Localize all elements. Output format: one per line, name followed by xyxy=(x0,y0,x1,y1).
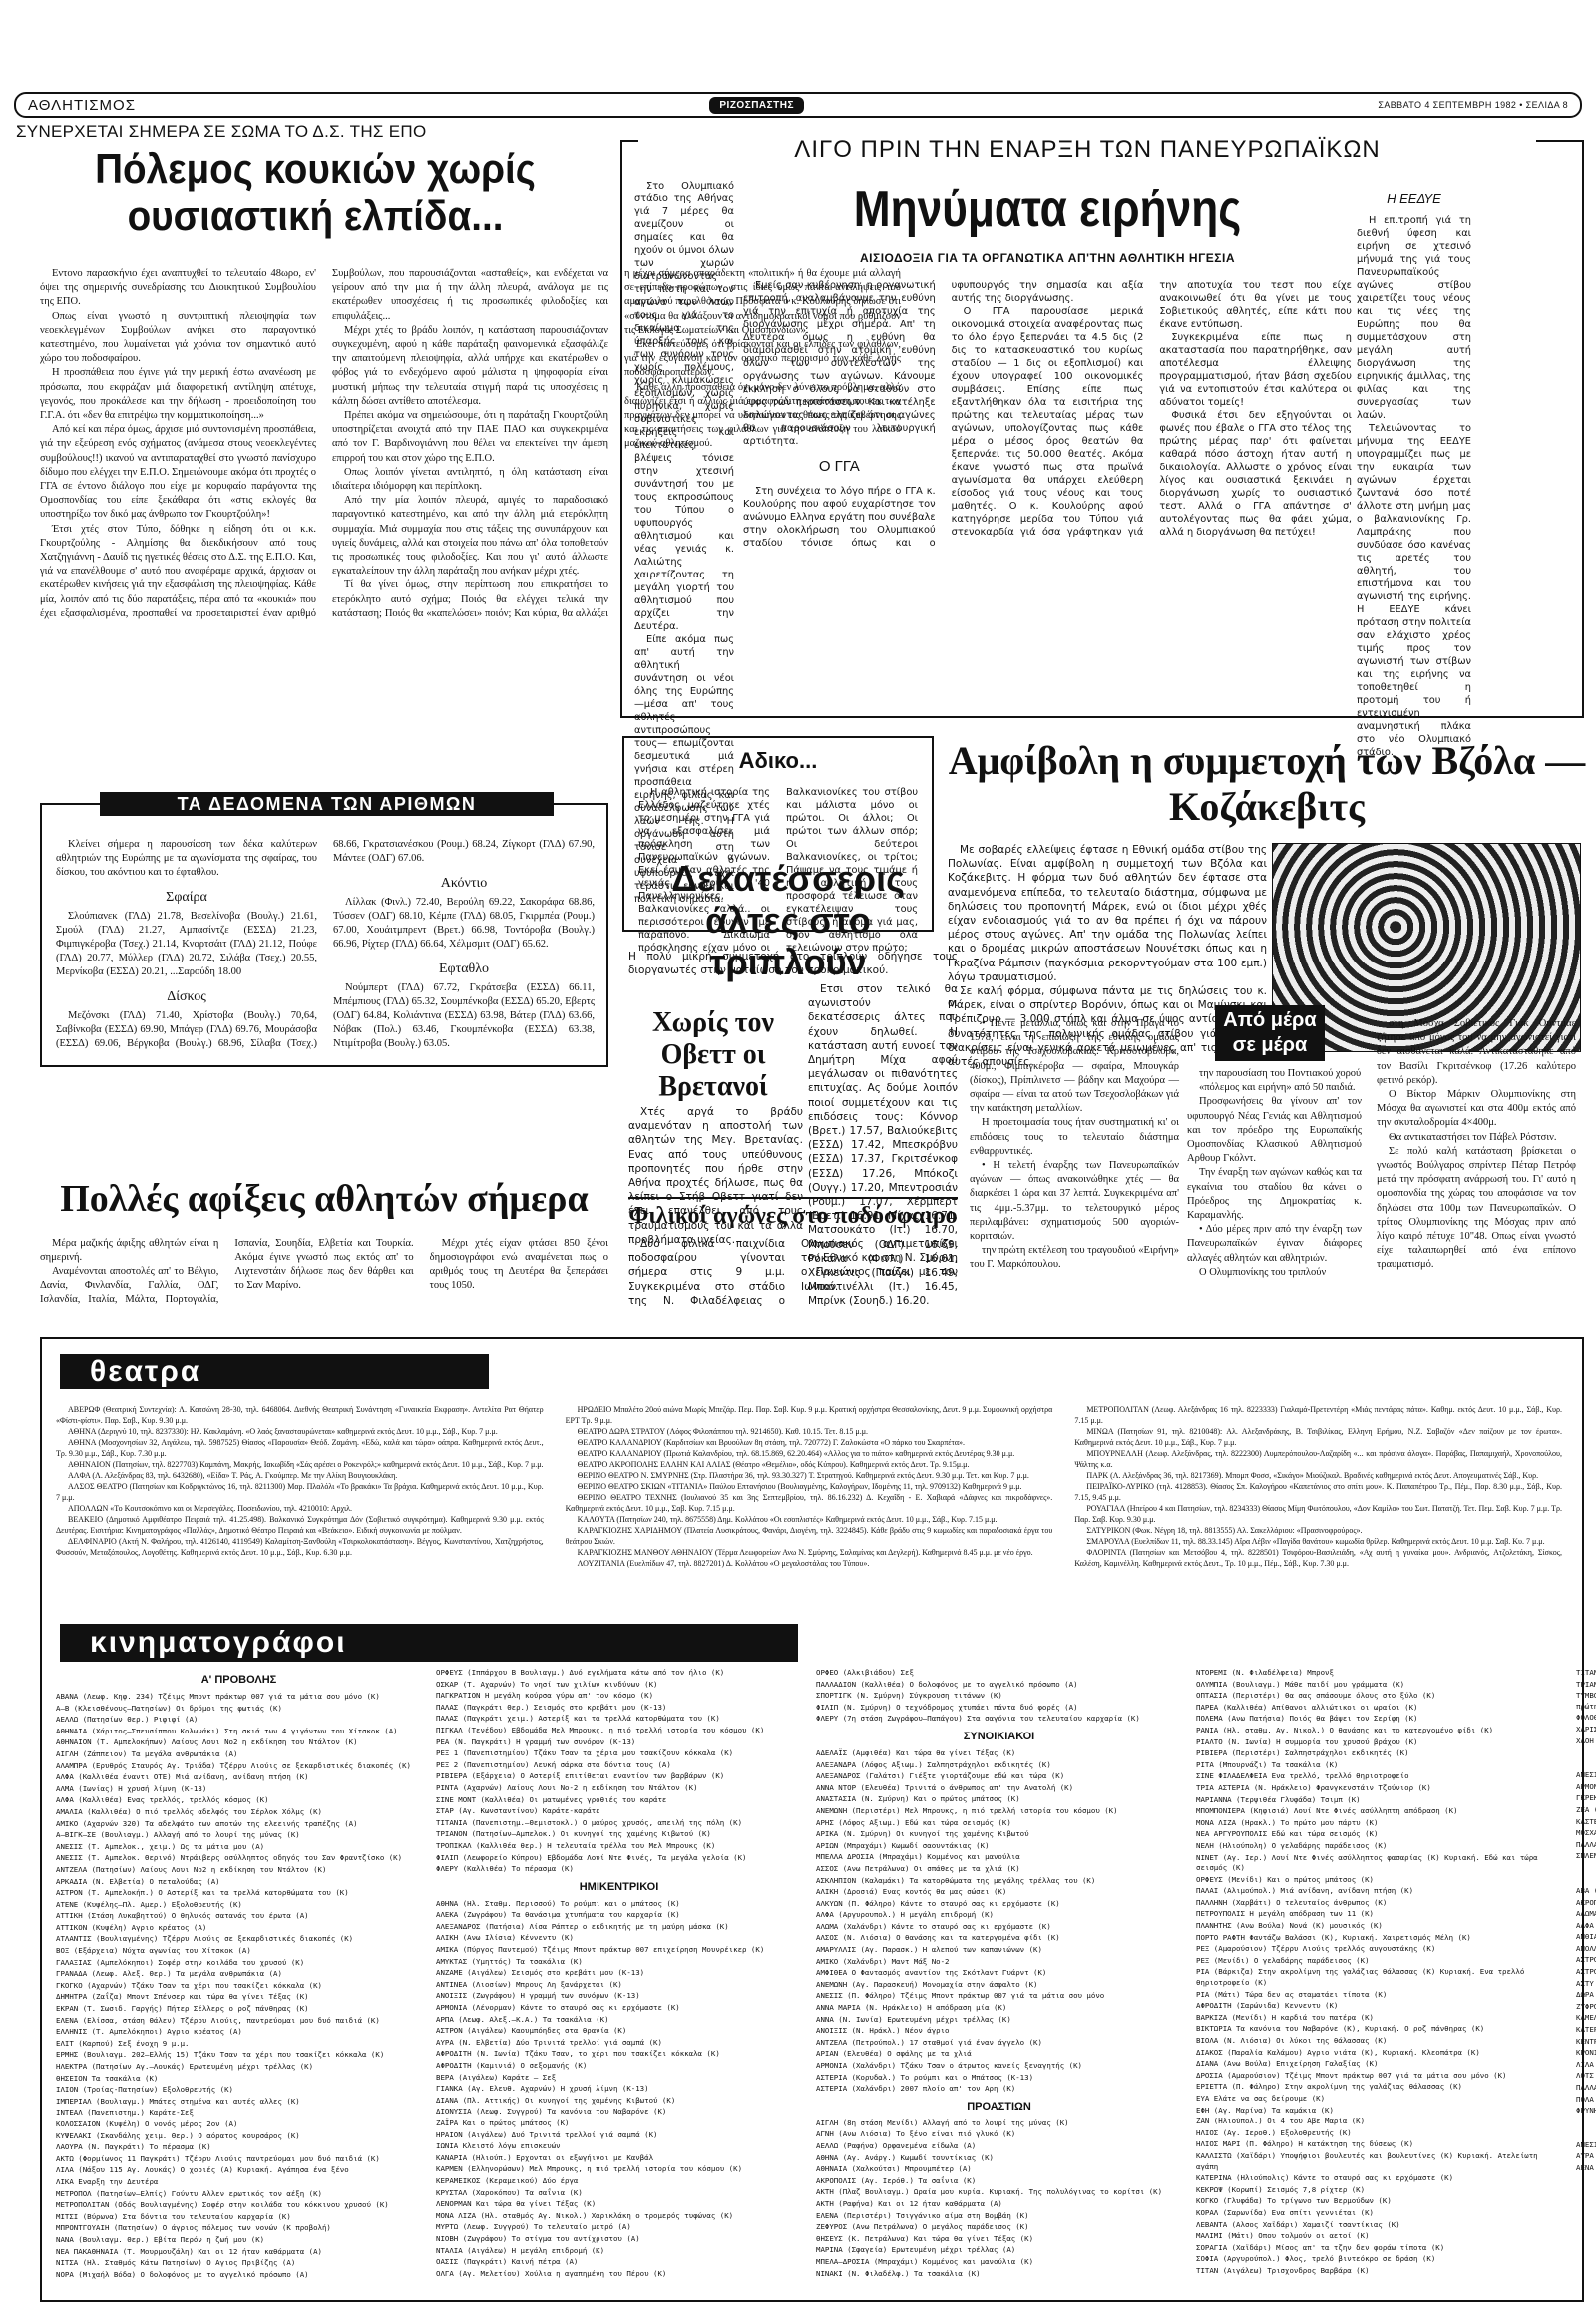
cinema-entry: ΑΛΦΑ (Καλλιθέα) Ενας τρελλός, τρελλός κό… xyxy=(56,1795,422,1806)
cinema-entry: ΑΡΜΟΝΙΑ (Καλλιπ.) Τον θησαυρό φυλάγανε ο… xyxy=(1576,1782,1596,1793)
cinema-entry: ΑΤΕΝΕ (Κυψέλης—Πλ. Αμερ.) Εξολοθρευτής (… xyxy=(56,1900,422,1911)
theatre-entry: ΘΕΑΤΡΟ ΔΩΡΑ ΣΤΡΑΤΟΥ (Λόφος Φιλοπάππου τη… xyxy=(566,1426,1053,1437)
cinema-entry: Α—ΒΙΓΚ—ΣΕ (Βουλιαγμ.) Αλλαγή από το λουρ… xyxy=(56,1830,422,1841)
cinema-entry: ΚΟΛΟΣΣΑΙΟΝ (Κυψέλη) Ο νονός μέρος 2ον (Α… xyxy=(56,2119,422,2130)
theatres-banner: θεατρα xyxy=(60,1354,489,1389)
cinema-entry: ΑΦΡΟΔΙΤΗ (Καμινιά) Ο σεξομανής (Κ) xyxy=(436,2061,802,2072)
cinema-entry: ΛΙΛΑ (Νάξου 115 Αγ. Λουκάς) Ο χοριές (Α)… xyxy=(56,2165,422,2176)
cinema-entry: ΑΝΕΣΙΣ (Π. Φάληρο) Τζέιμς Μποντ πράκτωρ … xyxy=(816,1991,1182,2002)
cinema-entry: ΤΙΤΑΝ (Αιγάλεω) Τρισχονδρος Βαρβάρα (Κ) xyxy=(1196,2266,1562,2277)
cinema-entry: ΡΙΒΙΕΡΑ (Εξάρχεια) Ο Αστερίξ επιτίθεται … xyxy=(436,1771,802,1782)
cinema-entry: ΝΙΝΑΚΙ (Ν. Φιλαδέλφ.) Τα τσακάλια (Κ) xyxy=(816,2269,1182,2280)
cinema-entry: ΣΙΝΕ ΜΟΝΤ (Καλλιθέα) Οι ματωμένες γροθιέ… xyxy=(436,1795,802,1806)
cinema-entry: ΟΡΦΕΥΣ (Ιππάρχου Β Βουλιαγμ.) Δυό εγκλήμ… xyxy=(436,1668,802,1679)
cinema-entry: ΧΛΟΗ (Κηφισιά) Η μεγάλη απόδραση των 11 … xyxy=(1576,1736,1596,1747)
cinema-entry: ΣΙΝΕ ΦΙΛΑΔΕΛΦΕΙΑ Ενα τρελλό, τρελλό θηρι… xyxy=(1196,1771,1562,1782)
cinema-entry: ΕΛΕΝΑ (Περιστέρι) Τσιγγάνικο αίμα στη Βο… xyxy=(816,2211,1182,2222)
cinema-entry: ΟΛΥΜΠΙΑ (Βουλιαγμ.) Μάθε παιδί μου γράμμ… xyxy=(1196,1680,1562,1691)
cinema-entry: ΛΙΛΑ (Καλλιπόλεως) Μπρους Λη η παγίδα θα… xyxy=(1576,2060,1596,2071)
cinema-entry: ΠΕΤΡΟΥΠΟΛΙΣ Η μεγάλη απόδραση των 11 (Κ) xyxy=(1196,1909,1562,1920)
theatre-entry: ΔΕΛΦΙΝΑΡΙΟ (Ακτή Ν. Φαλήρου, τηλ. 412614… xyxy=(56,1536,544,1558)
cinema-entry: ΝΙΤΣΑ (Ηλ. Σταθμός Κάτω Πατησίων) Ο Αγιο… xyxy=(56,2258,422,2269)
paragraph: την παρουσίαση του Ποντιακού χορού xyxy=(1187,1067,1362,1081)
theatre-entry: ΘΕΑΤΡΟ ΚΑΛΑΝΔΡΙΟΥ (Καρδιτσίων και Βρυούλ… xyxy=(566,1437,1053,1448)
cinema-entry: ΑΜΥΚΤΑΣ (Υμηττός) Τα τσακάλια (Κ) xyxy=(436,1957,802,1968)
cinema-entry: ΦΡΥΝΗ (Καμίνια) Μελ Μπρουκς, η πιό τρελλ… xyxy=(1576,2106,1596,2117)
cinema-entry: ΓΙΑΝΚΑ (Αγ. Ελευθ. Αχαρνών) Η χρυσή λίμν… xyxy=(436,2084,802,2095)
cinema-entry: ΝΕΛΗ (Ηλιούπολη) Ο γελαδάρης παράδεισος … xyxy=(1196,1841,1562,1852)
cinema-entry: ΑΚΤΩ (Φορμίωνος 11 Παγκράτι) Τζέρρυ Λιού… xyxy=(56,2154,422,2165)
cinema-entry: ΑΡΙΚΑ (Ν. Σμύρνη) Οι κυνηγοί της χαμένης… xyxy=(816,1829,1182,1840)
theatre-entry: ΣΜΑΡΟΥΛΑ (Ευελπίδων 11, τηλ. 88.33.145) … xyxy=(1074,1536,1562,1547)
cinema-entry: ΦΛΕΡΥ (Καλλιθέα) Το πέρασμα (Κ) xyxy=(436,1864,802,1875)
cinema-entry: ΑΜΙΚΑ (Πύργος Παντεμού) Τζέιμς Μποντ πρά… xyxy=(436,1945,802,1956)
cinema-entry: ΑΙΓΛΗ (8η στάση Μενίδι) Αλλαγή από το λο… xyxy=(816,2118,1182,2129)
cinema-entry: ΡΕΞ (Αμαρούσιον) Τζέρρυ Λιούις τρελλός α… xyxy=(1196,1944,1562,1955)
paragraph: Μέχρι χτές το βράδυ λοιπόν, η κατάσταση … xyxy=(332,324,608,409)
peace-body: Εμείς σαν κυβέρνηση, η οργανωτική επιτρο… xyxy=(743,279,1352,678)
cinema-entry: ΑΝΤΖΕΛΑ (Πατησίων) Λαίους Λουι No2 η εκδ… xyxy=(56,1865,422,1876)
cinema-entry: ΤΥΜΒΟΣ (Παραλία Μαραθώνος) Καθένας με τη… xyxy=(1576,1691,1596,1712)
cinema-entry: ΑΛΕΚΑ (Ζωγράφου) Τα θανάσιμα χτυπήματα τ… xyxy=(436,1910,802,1921)
cinema-entry: ΑΝΝΑ (Ν. Ιωνία) Ερωτευμένη μέχρι τρέλλας… xyxy=(816,2015,1182,2026)
cinema-entry: ΚΑΝΑΡΙΑ (Ηλιούπ.) Ερχονται οι εξωγήινοι … xyxy=(436,2153,802,2164)
cinema-entry: ΜΟΣΧΑΤΟ (Ηλ. Σταθμός) 4 Σαμλιώ στον πόλε… xyxy=(1576,1828,1596,1839)
cinema-entry: ΑΤΛΑΝΤΙΣ (Βουλιαγμένης) Τζέρρυ Λιούις σε… xyxy=(56,1934,422,1945)
cinema-entry: ΔΙΑΝΑ (Πλ. Αττικής) Οι κυνηγοί της χαμέν… xyxy=(436,2096,802,2107)
cinema-entry: ΚΑΤΕΡΙΝΑ (Ηλιούπολις) Κάντε το σταυρό σα… xyxy=(1196,2173,1562,2184)
paragraph: Ο Βίκτορ Μάρκιν Ολυμπιονίκης στη Μόσχα θ… xyxy=(1377,1088,1576,1131)
theatre-entry: ΚΑΡΑΓΚΙΟΖΗΣ ΧΑΡΙΔΗΜΟΥ (Πλατεία Λυσικράτο… xyxy=(566,1525,1053,1547)
cinema-entry: ΑΝΕΣΙΣ (Τ. Αμπελοκ. Θερινό) Ντράιβερς οσ… xyxy=(56,1853,422,1864)
cinemas-banner: κινηματογράφοι xyxy=(60,1624,798,1662)
paragraph: • Η τελετή έναρξης των Πανευρωπαϊκών αγώ… xyxy=(970,1159,1179,1244)
cinema-entry: ΡΕΞ 2 (Πανεπιστημίου) Λευκή σάρκα στα δό… xyxy=(436,1760,802,1771)
paragraph: • Πέντε μετάλλια, όπως και στην Πράγα το… xyxy=(970,1017,1179,1116)
cinema-entry: ΓΑΛΑΞΙΑΣ (Αμπελόκηποι) Σοφέρ στην κοιλάδ… xyxy=(56,1958,422,1969)
paragraph: στη Μόσχα Σοβιετικός Γιάκ Ουντμάε ζήτησε… xyxy=(1377,1017,1576,1088)
cinema-entry: ΑΝΝΑ ΜΑΡΙΑ (Ν. Ηράκλειο) Η απόδραση μία … xyxy=(816,2003,1182,2014)
cinema-entry: ΒΙΟΛΑ (Ν. Λιόσια) Οι λύκοι της θάλασσας … xyxy=(1196,2036,1562,2047)
cinema-entry: ΑΣΤΡΟΝ (Κορυδαλλός) Η συμμορία του χρυσο… xyxy=(1576,1967,1596,1978)
cinema-entry: ΚΑΤΕΡΙΝΑ (Κερατσίνι) Το πουλάκι (Κ) xyxy=(1576,2025,1596,2036)
cinema-entry: ΑΘΗΝΑ (Αγ. Ανάργ.) Κωμωδί τουντίκιας (Κ) xyxy=(816,2153,1182,2164)
cinema-entry: ΑΜΑΛΙΑ (Καλλιθέα) Ο πιό τρελλός αδελφός … xyxy=(56,1807,422,1818)
event-title: Δίσκος xyxy=(56,989,317,1005)
cinema-entry: ΗΛΙΟΣ ΜΑΡΙ (Π. Φάληρο) Η κατάκτηση της δ… xyxy=(1196,2139,1562,2150)
cinema-entry: ΑΣΤΕΡΙΑ (Χαλάνδρι) 2007 πλοίο απ' τον Αρ… xyxy=(816,2084,1182,2095)
cinema-entry: ΑΛΦΑ (Κοκκ.) Μονομαχία στην άσφαλτο (Κ) xyxy=(1576,1921,1596,1932)
cinema-entry: ΖΑΝ (Ηλιούπολ.) Οι 4 του Αβε Μαρία (Κ) xyxy=(1196,2117,1562,2127)
cinema-entry: ΔΙΑΝΑ (Ανω Βούλα) Επιχείρηση Γαλαξίας (Κ… xyxy=(1196,2059,1562,2070)
cinema-entry: ΤΙΤΑΝΙΑ (Χαλάνδρι) Αγρια νιάτα (Κ) xyxy=(1576,1668,1596,1679)
paragraph: Δύο φιλικά παιχνίδια ποδοσφαίρου γίνοντα… xyxy=(628,1237,958,1308)
cinema-entry: ΟΡΦΕΟ (Αλκιβιάδου) Σεξ xyxy=(816,1668,1182,1679)
headline-poland: Αμφίβολη η συμμετοχή των Βζόλα — Κοζάκεβ… xyxy=(948,738,1586,830)
cinema-entry: ΑΝΕΜΩΝΗ (Περιστέρι) Μελ Μπρουκς, η πιό τ… xyxy=(816,1806,1182,1817)
paragraph: την πρώτη εκτέλεση του τραγουδιού «Ειρήν… xyxy=(970,1244,1179,1272)
cinema-entry: ΤΡΙΑ ΑΣΤΕΡΙΑ (Ν. Ηράκλειο) Φρανγκενστάιν… xyxy=(1196,1783,1562,1794)
cinema-entry: ΔΡΟΣΙΑ (Αμαρούσιον) Τζέιμς Μποντ πράκτωρ… xyxy=(1196,2071,1562,2082)
arrivals-body: Μέρα μαζικής άφιξης αθλητών είναι η σημε… xyxy=(40,1237,608,1307)
daily-badge: Από μέρα σε μέρα xyxy=(1215,1005,1325,1061)
cinema-entry: ΟΠΤΑΣΙΑ (Περιστέρι) Θα σας σπάσουμε όλου… xyxy=(1196,1691,1562,1702)
cinema-entry: ΕΛΛΗΝΙΣ (Τ. Αμπελόκηποι) Αγριο κρέατος (… xyxy=(56,2027,422,2038)
cinema-section-title: ΠΕΙΡΑΙΩΣ Α' ΠΡΟΒΟΛΗΣ xyxy=(1576,1752,1596,1764)
cinema-entry: ΑΛΦΑ (Αργυρουπολ.) Η μεγάλη επιδρομή (Κ) xyxy=(816,1910,1182,1921)
cinema-entry: ΟΣΚΑΡ (Τ. Αχαρνών) Το νησί των χιλίων κι… xyxy=(436,1680,802,1691)
cinema-entry: ΡΙΒΙΕΡΑ (Περιστέρι) Σαλπηστράχηλοι εκδικ… xyxy=(1196,1748,1562,1759)
cinema-entry: ΜΠΕΛΛΑ ΔΡΟΣΙΑ (Μπραχάμι) Κομμένος και μα… xyxy=(816,1852,1182,1863)
cinema-entry: ΗΛΙΟΣ (Αγ. Ιεροθ.) Εξολοθρευτής (Κ) xyxy=(1196,2128,1562,2139)
cinema-entry: ΑΝΑΣΤΑΣΙΑ (Ν. Σμύρνη) Και ο πρώτος μπάτσ… xyxy=(816,1794,1182,1805)
cinema-entry: ΑΥΡΑ (Ν. Ελβετία) Δύο Τρινιτά τρελλοί γι… xyxy=(436,2038,802,2049)
cinema-entry: ΑΛΣΟΣ (Ν. Λιόσια) Ο θανάσης και τα κατερ… xyxy=(816,1933,1182,1944)
cinema-entry: ΑΒΑ (Καλλιπ.) Μοναδικός δραπέτης της κολ… xyxy=(1576,1886,1596,1897)
theatre-entry: ΜΙΝΩΑ (Πατησίων 91, τηλ. 8210048): Αλ. Α… xyxy=(1074,1426,1562,1448)
cinema-entry: ΚΟΓΚΟ (Γλυφάδα) Το τρίγωνο των Βερμούδων… xyxy=(1196,2196,1562,2207)
cinema-entry: ΑΛΚΥΩΝ (Π. Φάληρο) Κάντε το σταυρό σας κ… xyxy=(816,1899,1182,1910)
cinema-entry: ΟΡΦΕΥΣ (Μενίδι) Και ο πρώτος μπάτσος (Κ) xyxy=(1196,1875,1562,1886)
cinema-entry: ΑΝΤΖΕΛΑ (Πετρούπολ.) 17 σταθμοί γιά έναν… xyxy=(816,2038,1182,2049)
cinema-entry: ΠΑΛΛΗΝΗ (Χαρβάτι) Ο τελευταίος άνθρωπος … xyxy=(1196,1898,1562,1909)
theatre-entry: ΚΑΡΑΓΚΙΟΖΗΣ ΜΑΝΘΟΥ ΑΘΗΝΑΙΟΥ (Τέρμα Λεωφο… xyxy=(566,1547,1053,1558)
cinema-entry: ΑΘΗΝΑΙΑ (Χάριτος—Σπευσίππου Κολωνάκι) Στ… xyxy=(56,1727,422,1737)
cinema-entry: ΠΟΡΤΟ ΡΑΦΤΗ Φαντάζω Βαλάσσι (Κ), Κυριακή… xyxy=(1196,1933,1562,1944)
friendly-body: Δύο φιλικά παιχνίδια ποδοσφαίρου γίνοντα… xyxy=(628,1237,958,1308)
cinema-entry: ΤΡΙΑΝΟΝ (Πατησίων—Αμπελοκ.) Οι κυνηγοί τ… xyxy=(436,1829,802,1840)
cinema-entry: ΕΛΕΝΑ (Ελίσσα, στάση Θάλεν) Τζέρρυ Λιούι… xyxy=(56,2016,422,2027)
cinema-entry: ΜΙΤΣΙ (Βύρωνα) Στα δόντια του τελευταίου… xyxy=(56,2212,422,2223)
cinema-entry: ΑΘΗΝΑ (Ηλ. Σταθμ. Περισσού) Το ρούμπι κα… xyxy=(436,1899,802,1910)
cinema-section-title: ΣΥΝΟΙΚΙΑΚΟΙ xyxy=(816,1731,1182,1742)
cinema-entry: ΝΤΑΛΙΑ (Αιγάλεω) Η μεγάλη επιδρομή (Κ) xyxy=(436,2246,802,2257)
cinema-entry: ΛΕΒΑΝΤΑ (Αλσος Χαϊδάρι) Χαμαιζί τσαντίκι… xyxy=(1196,2220,1562,2231)
cinema-entry: ΑΡΚΑΔΙΑ (Ν. Ελβετία) Ο πεταλούδας (Α) xyxy=(56,1877,422,1888)
cinema-entry: ΑΚΡΟΠΟΛΙΣ (Χαρουδάλλης) Ταρζάν και η Αμα… xyxy=(1576,1898,1596,1909)
cinema-entry: ΔΙΟΝΥΣΙΑ (Λεωφ. Συγγρού) Τα κανόνια του … xyxy=(436,2107,802,2117)
paragraph: Από κεί και πέρα όμως, άρχισε μιά συντον… xyxy=(40,423,316,522)
theatre-entry: ΑΘΗΝΑ (Μοσχονησίων 32, Αιγάλεω, τηλ. 598… xyxy=(56,1437,544,1459)
theatres-listing: ΑΒΕΡΩΦ (Θεατρική Συντεχνία): Λ. Κατσώνη … xyxy=(56,1404,1562,1594)
cinema-entry: ΖΕΑ (Πασαλιμ.) Ρε_τα_τα_πλαν (Κ) xyxy=(1576,1805,1596,1816)
event-title: Εφταθλο xyxy=(333,962,595,977)
cinema-entry: ΑΡΗΣ (Λόφος Αξιωμ.) Εδώ και τώρα σεισμός… xyxy=(816,1818,1182,1829)
theatre-entry: ΠΑΡΚ (Λ. Αλεξάνδρας 36, τηλ. 8217369). Μ… xyxy=(1074,1470,1562,1481)
paragraph: «πόλεμος και ειρήνη» από 50 παιδιά. xyxy=(1187,1081,1362,1095)
cinema-entry: ΑΝΕΣΙΣ (Τ. Αμπελοκ., χειμ.) Ως τα μάτια … xyxy=(56,1842,422,1853)
cinema-entry: ΝΟΡΑ (Μιχαήλ Βόδα) Ο δολοφόνος με το αγγ… xyxy=(56,2270,422,2281)
cinema-entry: ΕΥΑ Ελάτε να σας δείρουμε (Κ) xyxy=(1196,2094,1562,2105)
cinema-entry: ΑΣΤΡΟΝ (Αμφιάλη) Δύο Τρινιτά έτοιμοι γιά… xyxy=(1576,1955,1596,1966)
theatre-entry: ΘΕΡΙΝΟ ΘΕΑΤΡΟ Ν. ΣΜΥΡΝΗΣ (Στρ. Πλαστήρα … xyxy=(566,1470,1053,1481)
daily-col-a: • Πέντε μετάλλια, όπως και στην Πράγα το… xyxy=(970,1017,1179,1273)
cinema-entry: ΤΙΤΑΝΙΑ (Πανεπιστημ.—Θεμιστοκλ.) Ο μαύρο… xyxy=(436,1818,802,1829)
theatre-entry: ΦΛΟΡΙΝΤΑ (Πατησίων και Μετσόβου 4, τηλ. … xyxy=(1074,1547,1562,1569)
cinema-entry: ΠΑΛΑΙ (Αλιμούπολ.) Μιά ανίδανη, ανίδανη … xyxy=(1196,1886,1562,1897)
cinema-entry: ΑΚΡΟΠΟΛΙΣ (Αγ. Ιερόθ.) Τα σαΐνια (Κ) xyxy=(816,2176,1182,2187)
data-intro: Κλείνει σήμερα η παρουσίαση των δέκα καλ… xyxy=(56,838,317,880)
cinema-entry: ΙΩΝΙΑ Κλειστό λόγω επισκευών xyxy=(436,2141,802,2152)
cinema-entry: ΓΚΟΓΚΟ (Αχαρνών) Τζάκυ Τσαν τα χέρι που … xyxy=(56,1981,422,1992)
theatre-entry: ΣΑΤΥΡΙΚΟΝ (Φωκ. Νέγρη 18, τηλ. 8813555) … xyxy=(1074,1525,1562,1536)
cinema-entry: ΑΜΙΚΟ (Αχαρνών 320) Τα αδελφάτο των αποτ… xyxy=(56,1819,422,1830)
cinema-entry: ΑΛΩΜΑ (Χαλάνδρι) Κάντε το σταυρό σας κι … xyxy=(816,1922,1182,1933)
cinema-entry: ΑΓΝΗ (Ανω Λιόσια) Το ξένο είναι πιό γλυκ… xyxy=(816,2129,1182,2140)
cinema-section-title: ΠΡΟΑΣΤΙΩΝ xyxy=(816,2101,1182,2113)
cinema-entry: ΑΛΑΜΠΡΑ (Ερυθρός Σταυρός Αγ. Τριάδα) Τζέ… xyxy=(56,1761,422,1772)
cinema-entry: ΑΔΕΛΑΪΣ (Αμφιθέα) Και τώρα θα γίνει Τέξα… xyxy=(816,1748,1182,1759)
cinema-entry: ΜΠΟΜΠΟΝΙΕΡΑ (Κηφισιά) Λουί Ντε Φινές ασύ… xyxy=(1196,1806,1562,1817)
cinema-entry: ΑΦΡΟΔΙΤΗ (Ν. Ιωνία) Τζάκυ Τσαν, το χέρι … xyxy=(436,2049,802,2060)
cinema-entry: ΙΛΙΟΝ (Τροίας-Πατησίων) Εξολοθρευτής (Κ) xyxy=(56,2085,422,2096)
cinema-entry: ΖΑΪΡΑ Και ο πρώτος μπάτσος (Κ) xyxy=(436,2118,802,2129)
paragraph: Πρέπει ακόμα να σημειώσουμε, ότι η παράτ… xyxy=(332,409,608,466)
cinema-entry: ΡΕΑ (Ν. Παγκράτι) Η γραμμή των συνόρων (… xyxy=(436,1737,802,1748)
newspaper-logo: ΡΙΖΟΣΠΑΣΤΗΣ xyxy=(709,97,804,114)
cinema-entry: ΑΛΙΚΗ (Δροσιά) Ενας κοντός θα μας σώσει … xyxy=(816,1887,1182,1898)
cinema-entry: ΜΥΡΤΩ (Λεωφ. Συγγρού) Το τελευταίο μετρό… xyxy=(436,2222,802,2233)
cinema-entry: ΜΟΝΑ ΛΙΖΑ (Ηλ. σταθμός Αγ. Νικολ.) Χαρικ… xyxy=(436,2211,802,2222)
cinema-entry: ΓΚΡΕΚΑ (Ν. Φάληρο) Τα τσακάλια (Κ) xyxy=(1576,1793,1596,1804)
cinema-entry: ΑΣΣΟΣ (Ανω Πετράλωνα) Οι σπάθες με τα χλ… xyxy=(816,1864,1182,1875)
theatre-entry: ΡΟΥΑΓΙΑΛ (Ηπείρου 4 και Πατησίων, τηλ. 8… xyxy=(1074,1503,1562,1525)
headline-adiko: Αδικο... xyxy=(638,748,918,774)
cinema-entry: ΜΟΝΑ ΛΙΖΑ (Ηρακλ.) Το πρώτο μου πάρτυ (Κ… xyxy=(1196,1818,1562,1829)
cinema-entry: ΒΕΡΑ (Αιγάλεω) Καράτε — Σεξ xyxy=(436,2073,802,2084)
cinema-entry: ΜΑΛΙΜΙ (Μάτι) Οπου τολμούν οι αετοί (Κ) xyxy=(1196,2231,1562,2242)
cinema-entry: ΡΕΞ (Μενίδι) Ο γελαδάρης παράδεισος (Κ) xyxy=(1196,1956,1562,1967)
headline-epo: Πόλεμος κουκιών χωρίς ουσιαστική ελπίδα.… xyxy=(40,145,591,240)
paragraph: Συγκεκριμένα είπε πως η ακαταστασία που … xyxy=(1159,331,1352,409)
cinema-entry: ΒΙΚΤΩΡΙΑ Τα κανόνια του Ναβαρόνε (Κ), Κυ… xyxy=(1196,2024,1562,2035)
cinema-section-title: ΗΜΙΚΕΝΤΡΙΚΟΙ xyxy=(436,1881,802,1893)
cinemas-listing: Α' ΠΡΟΒΟΛΗΣΑΒΑΝΑ (Λεωφ. Κηφ. 234) Τζέιμς… xyxy=(56,1668,1562,2286)
cinema-entry: ΑΜΑΡΥΛΛΙΣ (Αγ. Παρασκ.) Η αλεπού των καπ… xyxy=(816,1945,1182,1956)
cinema-entry: ΜΕΤΡΟΠΟΛ (Πατησίων—Ελπίς) Γούντυ Αλλεν ε… xyxy=(56,2189,422,2200)
paragraph: Εμείς σαν κυβέρνηση, η οργανωτική επιτρο… xyxy=(743,279,936,448)
cinema-entry: ΑΝΖΑΜΕ (Αιγάλεω) Σεισμός στο κρεβάτι μου… xyxy=(436,1968,802,1979)
cinema-entry: ΚΕΡΑΜΕΙΚΟΣ (Κεραμεικού) Δύο έργα xyxy=(436,2176,802,2187)
headline-ovett: Χωρίς τον Οβετт οι Βρετανοί xyxy=(628,1007,798,1103)
cinema-entry: ΑΣΤΡΟΝ (Αιγάλεω) Καουμπόηδες στα θρανία … xyxy=(436,2026,802,2037)
paragraph: Η προετοιμασία τους ήταν συστηματική κι'… xyxy=(970,1116,1179,1159)
paragraph: Σε πολύ καλή κατάσταση βρίσκεται ο γνωστ… xyxy=(1377,1145,1576,1273)
cinema-entry: ΒΟΞ (Εξάρχεια) Νύχτα αγωνίας του Χίτσκοκ… xyxy=(56,1946,422,1957)
paragraph: Ο Ολυμπιονίκης του τριπλούν xyxy=(1187,1266,1362,1280)
theatre-entry: ΑΠΟΛΛΩΝ «Το Κουτσοκόπινο και οι Μερσεγάλ… xyxy=(56,1503,544,1514)
cinema-entry: ΑΣΤΥ (Νίκαια) Τα κατορθώματα της μεγάλης… xyxy=(1576,1979,1596,1990)
cinema-entry: ΑΝΘΙΑΝΗ Πανικός στο σχολείο (Κ) xyxy=(1576,1932,1596,1943)
theatre-entry: ΘΕΡΙΝΟ ΘΕΑΤΡΟ ΣΚΙΩΝ «ΤΙΤΑΝΙΑ» Παύλου Επτ… xyxy=(566,1481,1053,1492)
theatre-entry: ΑΛΦΑ (Λ. Αλεξάνδρας 83, τηλ. 6432680), «… xyxy=(56,1470,544,1481)
cinema-entry: ΛΕΝΟΡΜΑΝ Και τώρα θα γίνει Τέξας (Κ) xyxy=(436,2199,802,2210)
paragraph: Θα αντικαταστήσει τον Πάβελ Ρόστσιν. xyxy=(1377,1131,1576,1145)
cinema-entry: ΠΛΑΝΗΤΗΣ (Ανω Βούλα) Νονά (Κ) μουσικός (… xyxy=(1196,1921,1562,1932)
cinema-entry: ΑΡΙΩΝ (Μπραχάμι) Κωμωδί σαουντάκιας (Κ) xyxy=(816,1841,1182,1852)
cinema-entry: ΜΕΤΡΟΠΟΛΙΤΑΝ (Οδός Βουλιαγμένης) Σοφέρ σ… xyxy=(56,2200,422,2211)
cinema-entry: ΡΙΑ (Μάτι) Τώρα δεν ας σταματάει τίποτα … xyxy=(1196,1990,1562,2001)
cinema-entry: ΑΤΤΙΚΟΝ (Κυψέλη) Αγριο κρέατος (Α) xyxy=(56,1923,422,1934)
kicker-epo: ΣΥΝΕΡΧΕΤΑΙ ΣΗΜΕΡΑ ΣΕ ΣΩΜΑ ΤΟ Δ.Σ. ΤΗΣ ΕΠ… xyxy=(16,122,614,142)
headline-peace: Μηνύματα ειρήνης xyxy=(793,180,1302,239)
peace-right-column: Η ΕΕΔΥΕ Η επιτροπή γιά τη διεθνή ύφεση κ… xyxy=(1357,180,1471,759)
cinema-entry: ΗΛΕΚΤΡΑ (Πατησίων Αγ.—Λουκάς) Ερωτευμένη… xyxy=(56,2062,422,2073)
event-results: Σλούπιανεκ (ΓΛΔ) 21.78, Βεσελίνοβα (Βουλ… xyxy=(56,910,317,979)
cinema-entry: ΦΙΛΙΠ (Ν. Σμύρνη) Ο τεχνόδρομος χτυπάει … xyxy=(816,1703,1182,1714)
cinema-entry: ΝΙΝΕΤ (Αγ. Ιερ.) Λουί Ντε Φινές ασύλληπτ… xyxy=(1196,1853,1562,1874)
cinema-entry: ΑΙΓΛΗ (Ζάππειον) Τα μεγάλα ανθρωπάκια (Α… xyxy=(56,1749,422,1760)
subhead-gga: Ο ΓΓΑ xyxy=(743,458,936,475)
cinema-entry: ΜΠΡΟΝΤΓΟΥΑΙΗ (Πατησίων) Ο άγριος πόλεμος… xyxy=(56,2223,422,2234)
cinema-entry: ΑΛΩΜΑ (Ταμπούρια) Το νησί των χιλίων κιν… xyxy=(1576,1909,1596,1920)
cinema-entry: ΑΘΗΝΑΙΟΝ (Τ. Αμπελοκήπων) Λαίους Λουι No… xyxy=(56,1737,422,1748)
cinema-entry: ΝΑΝΑ (Βουλιαγμ. Θερ.) Εβίτα Περόν η ζωή … xyxy=(56,2235,422,2246)
paragraph: Εντονο παρασκήνιο έχει αναπτυχθεί το τελ… xyxy=(40,267,316,310)
cinema-entry: ΠΑΛΑΣ (Παγκράτι χειμ.) Αστερίξ και τα τρ… xyxy=(436,1714,802,1725)
cinema-entry: ΠΙΓΚΑΛ (Τενέδου) Εβδομάδα Μελ Μπρουκς, η… xyxy=(436,1726,802,1736)
kicker-peace: ΛΙΓΟ ΠΡΙΝ ΤΗΝ ΕΝΑΡΞΗ ΤΩΝ ΠΑΝΕΥΡΩΠΑΪΚΩΝ xyxy=(638,136,1536,164)
event-title: Σφαίρα xyxy=(56,890,317,906)
cinema-entry: ΙΜΠΕΡΙΑΛ (Βουλιαγμ.) Μπάτες στημένα και … xyxy=(56,2097,422,2108)
cinema-entry: ΑΝΕΜΩΝΗ (Αγ. Παρασκευή) Μονομαχία στην ά… xyxy=(816,1980,1182,1991)
theatre-entry: ΜΠΟΥΡΝΕΛΛΗ (Λεωφ. Αλεξάνδρας, τηλ. 82223… xyxy=(1074,1448,1562,1470)
theatre-entry: ΘΕΡΙΝΟ ΘΕΑΤΡΟ ΤΕΧΝΗΣ (Ιουλιανού 35 και 3… xyxy=(566,1492,1053,1514)
cinema-entry: ΦΙΛΙΠ (Λεωφορείο Κύπρου) Εβδομάδα Λουί Ν… xyxy=(436,1853,802,1864)
cinema-entry: ΜΑΡΙΑΝΝΑ (Τερψιθέα Γλυφάδα) Τσιμπ (Κ) xyxy=(1196,1795,1562,1806)
cinema-entry: ΙΝΤΕΑΛ (Πανεπιστημ.) Καράτε-Σεξ xyxy=(56,2108,422,2118)
cinema-entry: ΠΟΛΑ (Ταμπούρια) Τι 30, τι 40, τι 50 (Κ) xyxy=(1576,2095,1596,2106)
cinema-entry: ΑΛΙΚΗ (Ανω Ιλίσια) Κέννεντυ (Κ) xyxy=(436,1933,802,1944)
cinema-entry: ΚΡΟΝΙΟΝ (Αγ. Σοφία) Στα δόντια του τελευ… xyxy=(1576,2048,1596,2059)
cinema-entry: ΦΟΛΟΘΕΝ Δυό Τρινιτά βαρύμε δυνατά (Κ) xyxy=(1576,1713,1596,1724)
cinema-entry: ΑΛΕΞΑΝΔΡΑ (Λόφος Αξιωμ.) Σαλπηστράχηλοι … xyxy=(816,1760,1182,1771)
paragraph: Η επιτροπή γιά τη διεθνή ύφεση και ειρήν… xyxy=(1357,214,1471,422)
cinema-entry: ΑΚΤΗ (Πλαζ Βουλιαγμ.) Ωραία μου κυρία. Κ… xyxy=(816,2187,1182,2198)
cinema-entry: ΑΣΚΛΗΠΙΟΝ (Καλαμάκι) Τα κατορθώματα της … xyxy=(816,1876,1182,1887)
theatre-entry: ΠΕΙΡΑΪΚΟ-ΛΥΡΙΚΟ (τηλ. 4128853). Θίασος Σ… xyxy=(1074,1481,1562,1503)
date-page-label: ΣΑΒΒΑΤΟ 4 ΣΕΠΤΕΜΒΡΗ 1982 • ΣΕΛΙΔΑ 8 xyxy=(1378,100,1568,110)
data-box-banner: ΤΑ ΔΕΔΟΜΕΝΑ ΤΩΝ ΑΡΙΘΜΩΝ xyxy=(100,792,554,816)
cinema-entry: ΑΥΡΑ (Πέραμα) Δυό τρελλοί, τρελλοί ιερoσ… xyxy=(1576,2151,1596,2162)
cinema-entry: ΑΝΤΙΝΕΑ (Λιοσίων) Μπρους Λη ξανάρχεται (… xyxy=(436,1980,802,1991)
subhead-peace: ΑΙΣΙΟΔΟΞΙΑ ΓΙΑ ΤΑ ΟΡΓΑΝΩΤΙΚΑ ΑΠ'ΤΗΝ ΑΘΛΗ… xyxy=(748,251,1347,265)
cinema-entry: ΕΛΙΤ (Καρπού) Σεξ ένοχη 9 μ.μ. xyxy=(56,2039,422,2050)
cinema-entry: ΚΡΥΣΤΑΛ (Χαροκόπου) Τα σαΐνια (Κ) xyxy=(436,2188,802,2199)
cinema-entry: ΑΠΟΛΛΩΝ (Λιμένος Απολ.) Ενας κόπανος στα… xyxy=(1576,1944,1596,1955)
cinema-entry: ΡΙΤΑ (Μπουρνάζι) Τα τσακάλια (Κ) xyxy=(1196,1760,1562,1771)
paragraph: Οπως λοιπόν γίνεται αντιληπτό, η όλη κατ… xyxy=(332,466,608,494)
cinema-entry: ΛΙΚΑ Εναρξη την Δευτέρα xyxy=(56,2177,422,2188)
cinema-entry: ΝΕΑ ΠΑΚΑΘΗΝΑΙΑ (Τ. Μουρμουζάλη) Και οι 1… xyxy=(56,2247,422,2258)
paragraph: Με σοβαρές ελλείψεις έφτασε η Εθνική ομά… xyxy=(948,843,1267,984)
cinema-entry: ΟΛΓΑ (Αγ. Μελετίου) Χούλια η αγαπημένη τ… xyxy=(436,2269,802,2280)
triple-lead: Η πολύ μικρή συμμετοχή στο τριπλούν οδήγ… xyxy=(628,950,958,977)
paragraph: Οπως είναι γνωστό η συντριπτική πλειοψηφ… xyxy=(40,310,316,367)
cinema-entry: ΑΝΕΣΙΣ (Ευαγγελιστρ.) Ενας τρελλός, τρελ… xyxy=(1576,1770,1596,1781)
cinema-entry: ΕΚΡΑΝ (Τ. Σωσιδ. Γαργής) Πήτερ Σέλλερς ο… xyxy=(56,2004,422,2015)
cinema-entry: ΝΙΟΒΗ (Ζωγράφου) Το στίγμα του αντίχριστ… xyxy=(436,2234,802,2245)
cinema-entry: ΣΟΦΙΑ (Αργυρούπολ.) Φλος, τρελό βιντεόκρ… xyxy=(1196,2254,1562,2265)
cinema-entry: ΖΕΦΥΡΟΣ (Ανω Πετράλωνα) Ο μεγάλος παράδε… xyxy=(816,2222,1182,2233)
theatre-entry: ΜΕΤΡΟΠΟΛΙΤΑΝ (Λεωφ. Αλεξάνδρας 16 τηλ. 8… xyxy=(1074,1404,1562,1426)
article-epo-body: Εντονο παρασκήνιο έχει αναπτυχθεί το τελ… xyxy=(40,267,608,628)
cinema-entry: ΑΕΛΛΩ (Πατησίων Θερ.) Ριφιφί (Α) xyxy=(56,1715,422,1726)
cinema-entry: ΡΙΝΤΑ (Αχαρνών) Λαίους Λουι No-2 η εκδίκ… xyxy=(436,1783,802,1794)
headline-friendly: Φιλικοί αγώνες στο ποδόσφαιρο xyxy=(628,1197,958,1230)
theatre-entry: ΘΕΑΤΡΟ ΑΚΡΟΠΟΛΗΣ ΕΛΛΗΝ ΚΑΙ ΑΛΙΑΣ (Θέατρο… xyxy=(566,1459,1053,1470)
cinema-entry: ΑΛΕΞΑΝΔΡΟΣ (Γαλάτσι) Γιέξτε γιορτάζουμε … xyxy=(816,1771,1182,1782)
paragraph: Φυσικά έτσι δεν εξηγούνται οι φωνές που … xyxy=(1159,409,1352,539)
cinema-entry: ΘΗΣΕΙΟΝ Τα τσακάλια (Κ) xyxy=(56,2074,422,2085)
cinema-entry: ΑΝΕΣΙΣ (Καλογή) Τρινιτά ο άνθρωπος απ' τ… xyxy=(1576,2140,1596,2151)
cinema-entry: Α—Β (Κλεισθένους—Πατησίων) Οι δρόμοι της… xyxy=(56,1704,422,1715)
cinema-entry: ΑΡΜΟΝΙΑ (Λένορμαν) Κάντε το σταυρό σας κ… xyxy=(436,2003,802,2014)
paragraph: Τελειώνοντας το μήνυμα της ΕΕΔΥΕ υπογραμ… xyxy=(1357,422,1471,759)
cinema-entry: ΑΜΦΙΘΕΑ Ο Φαντασμός αναντίον της Σκότλαν… xyxy=(816,1968,1182,1979)
cinema-section-title: ΣΥΝΟΙΚΙΑΚΟΙ xyxy=(1576,2122,1596,2134)
cinema-entry: ΚΕΝΤΡΙΚΟΝ (Νίκαια) Μαντ-Μάξ No2 (Α) xyxy=(1576,2037,1596,2048)
cinema-entry: ΛΑΟΥΡΑ (Ν. Παγκράτι) Το πέρασμα (Κ) xyxy=(56,2142,422,2153)
cinema-entry: ΑΡΜΟΝΙΑ (Χαλάνδρι) Τζάκυ Τσαν ο άτρωτος … xyxy=(816,2061,1182,2072)
cinema-entry: ΑΚΤΗ (Ραφήνα) Και οι 12 ήταν καθάρματα (… xyxy=(816,2199,1182,2210)
cinema-entry: ΔΙΑΚΟΣ (Παραλία Καλάμου) Αγριο νιάτα (Κ)… xyxy=(1196,2048,1562,2059)
paragraph: Η προσπάθεια που έγινε γιά την μερική έσ… xyxy=(40,366,316,423)
subhead-eedye: Η ΕΕΔΥΕ xyxy=(1357,192,1471,206)
cinema-section-title: Α' ΠΡΟΒΟΛΗΣ xyxy=(56,1674,422,1686)
cinema-entry: ΟΑΣΙΣ (Παγκράτι) Καινή πέτρα (Α) xyxy=(436,2257,802,2268)
cinema-entry: ΔΩΡΑ (Ανάσταση) Κάντε το σταυρό σας κι ε… xyxy=(1576,1990,1596,2001)
cinema-entry: ΠΑΛΛΑΣ (Ταμπούρια) Ορίζοντα Μιάδα (Κ) xyxy=(1576,2083,1596,2094)
theatre-entry: ΛΟΥΖΙΤΑΝΙΑ (Ευελπίδων 47, τηλ. 8827201) … xyxy=(566,1558,1053,1569)
cinema-entry: ΑΤΤΙΚΗ (Στάση Λυκαβηττού) Ο θηλυκός σατα… xyxy=(56,1911,422,1922)
event-results: Λίλλακ (Φινλ.) 72.40, Βερούλη 69.22, Σακ… xyxy=(333,896,595,952)
cinema-entry: ΠΑΛΛΑΣ (Πασαλ.) Οι σκλάβοι (Κ) xyxy=(1576,1840,1596,1851)
cinema-entry: ΑΛΦΑ (Καλλιθέα έναντι ΟΤΕ) Μιά ανίδανη, … xyxy=(56,1772,422,1783)
cinema-entry: ΚΑΜΕΛΙΑ (Αμφιάλη) Σύγκρουση άστρων στον … xyxy=(1576,2013,1596,2024)
cinema-entry: ΑΣΤΡΟΝ (Τ. Αμπελοκήπ.) Ο Αστερίξ και τα … xyxy=(56,1888,422,1899)
cinema-entry: ΖΥΦΡΟΣΥΝΗ (Νίκαια) Πανικός στο σχολείο (… xyxy=(1576,2002,1596,2013)
cinema-entry: ΧΑΡΙΣ (Κηφισιά) Ο τελευταίος άνδρας (Κ) xyxy=(1576,1725,1596,1735)
cinema-entry: ΚΥΨΕΛΑΚΙ (Σκανδάλης χειμ. Θερ.) Ο αόρατο… xyxy=(56,2131,422,2142)
paragraph: Από την μία λοιπόν πλευρά, αμιγές το παρ… xyxy=(332,494,608,578)
cinema-entry: ΗΡΑΙΟΝ (Αιγάλεω) Δυό Τρινιτά τρελλοί γιά… xyxy=(436,2130,802,2141)
cinema-entry: ΤΡΟΠΙΚΑΛ (Καλλιθέα θερ.) Η τελευταία τρέ… xyxy=(436,1841,802,1852)
cinema-entry: ΚΑΛΛΙΣΤΩ (Χαϊδάρι) Υποψήφιοι βουλευτές κ… xyxy=(1196,2151,1562,2172)
cinema-entry: ΣΠΟΡΤΙΓΚ (Ν. Σμύρνη) Σύγκρουση τιτάνων (… xyxy=(816,1691,1182,1702)
event-results: Νούμπερτ (ΓΛΔ) 67.72, Γκράτσεβα (ΕΣΣΔ) 6… xyxy=(333,981,595,1051)
cinema-entry: ΑΝΝΑ ΝΤΟΡ (Ελευθέα) Τρινιτά ο άνθρωπος α… xyxy=(816,1783,1182,1794)
paragraph: Μέχρι χτές είχαν φτάσει 850 ξένοι δημοσι… xyxy=(430,1237,608,1293)
cinema-entry: ΚΑΣΤΕΛΛΑ Το γεράκι (Α) xyxy=(1576,1817,1596,1828)
cinema-entry: ΕΦΗ (Αγ. Μαρίνα) Τα καμάκια (Κ) xyxy=(1196,2106,1562,2117)
cinema-entry: ΑΡΠΑ (Λεωφ. Αλεξ.—Κ.Α.) Τα τσακάλια (Κ) xyxy=(436,2015,802,2026)
cinema-entry: ΡΕΞ 1 (Πανεπιστημίου) Τζάκυ Τσαν τα χέρι… xyxy=(436,1748,802,1759)
cinema-entry: ΚΕΚΡΩΨ (Κορωπί) Σεισμός 7,8 ρίχτερ (Κ) xyxy=(1196,2185,1562,2196)
cinema-entry: ΠΑΡΕΑ (Καλλιθέα) Απίθανοι αλλιώτικοι οι … xyxy=(1196,1703,1562,1714)
paragraph: • Δύο μέρες πριν από την έναρξη των Πανε… xyxy=(1187,1223,1362,1266)
cinema-entry: ΡΑΝΙΑ (Ηλ. σταθμ. Αγ. Νικολ.) Ο θανάσης … xyxy=(1196,1726,1562,1736)
cinema-entry: ΦΛΕΡΥ (7η στάση Ζωγράφου—Παπάγου) Στα σα… xyxy=(816,1714,1182,1725)
cinema-entry: ΑΜΙΚΟ (Χαλάνδρι) Μαντ Μάξ No-2 xyxy=(816,1957,1182,1968)
theatre-entry: ΒΕΑΚΕΙΟ (Δημοτικό Αμφιθέατρο Πειραιά τηλ… xyxy=(56,1514,544,1536)
cinema-entry: ΑΕΝΑ (Πέραμα) Επαγγελματίες (Α) xyxy=(1576,2163,1596,2174)
cinema-entry: ΠΟΛΕΜΑ (Ανω Πατήσια) Ποιός θα βάψει τον … xyxy=(1196,1714,1562,1725)
cinema-entry: ΑΣΤΕΡΙΑ (Κορυδαλ.) Το ρούμπι και ο Μπάτσ… xyxy=(816,2073,1182,2084)
daily-col-c: στη Μόσχα Σοβιετικός Γιάκ Ουντμάε ζήτησε… xyxy=(1377,1017,1576,1273)
theatre-entry: ΑΛΣΟΣ ΘΕΑΤΡΟ (Πατησίων και Κοδριγκτώνος … xyxy=(56,1481,544,1503)
cinema-entry: ΑΛΕΞΑΝΔΡΟΣ (Πατήσια) Λίσα Ράπτερ ο εκδικ… xyxy=(436,1922,802,1933)
